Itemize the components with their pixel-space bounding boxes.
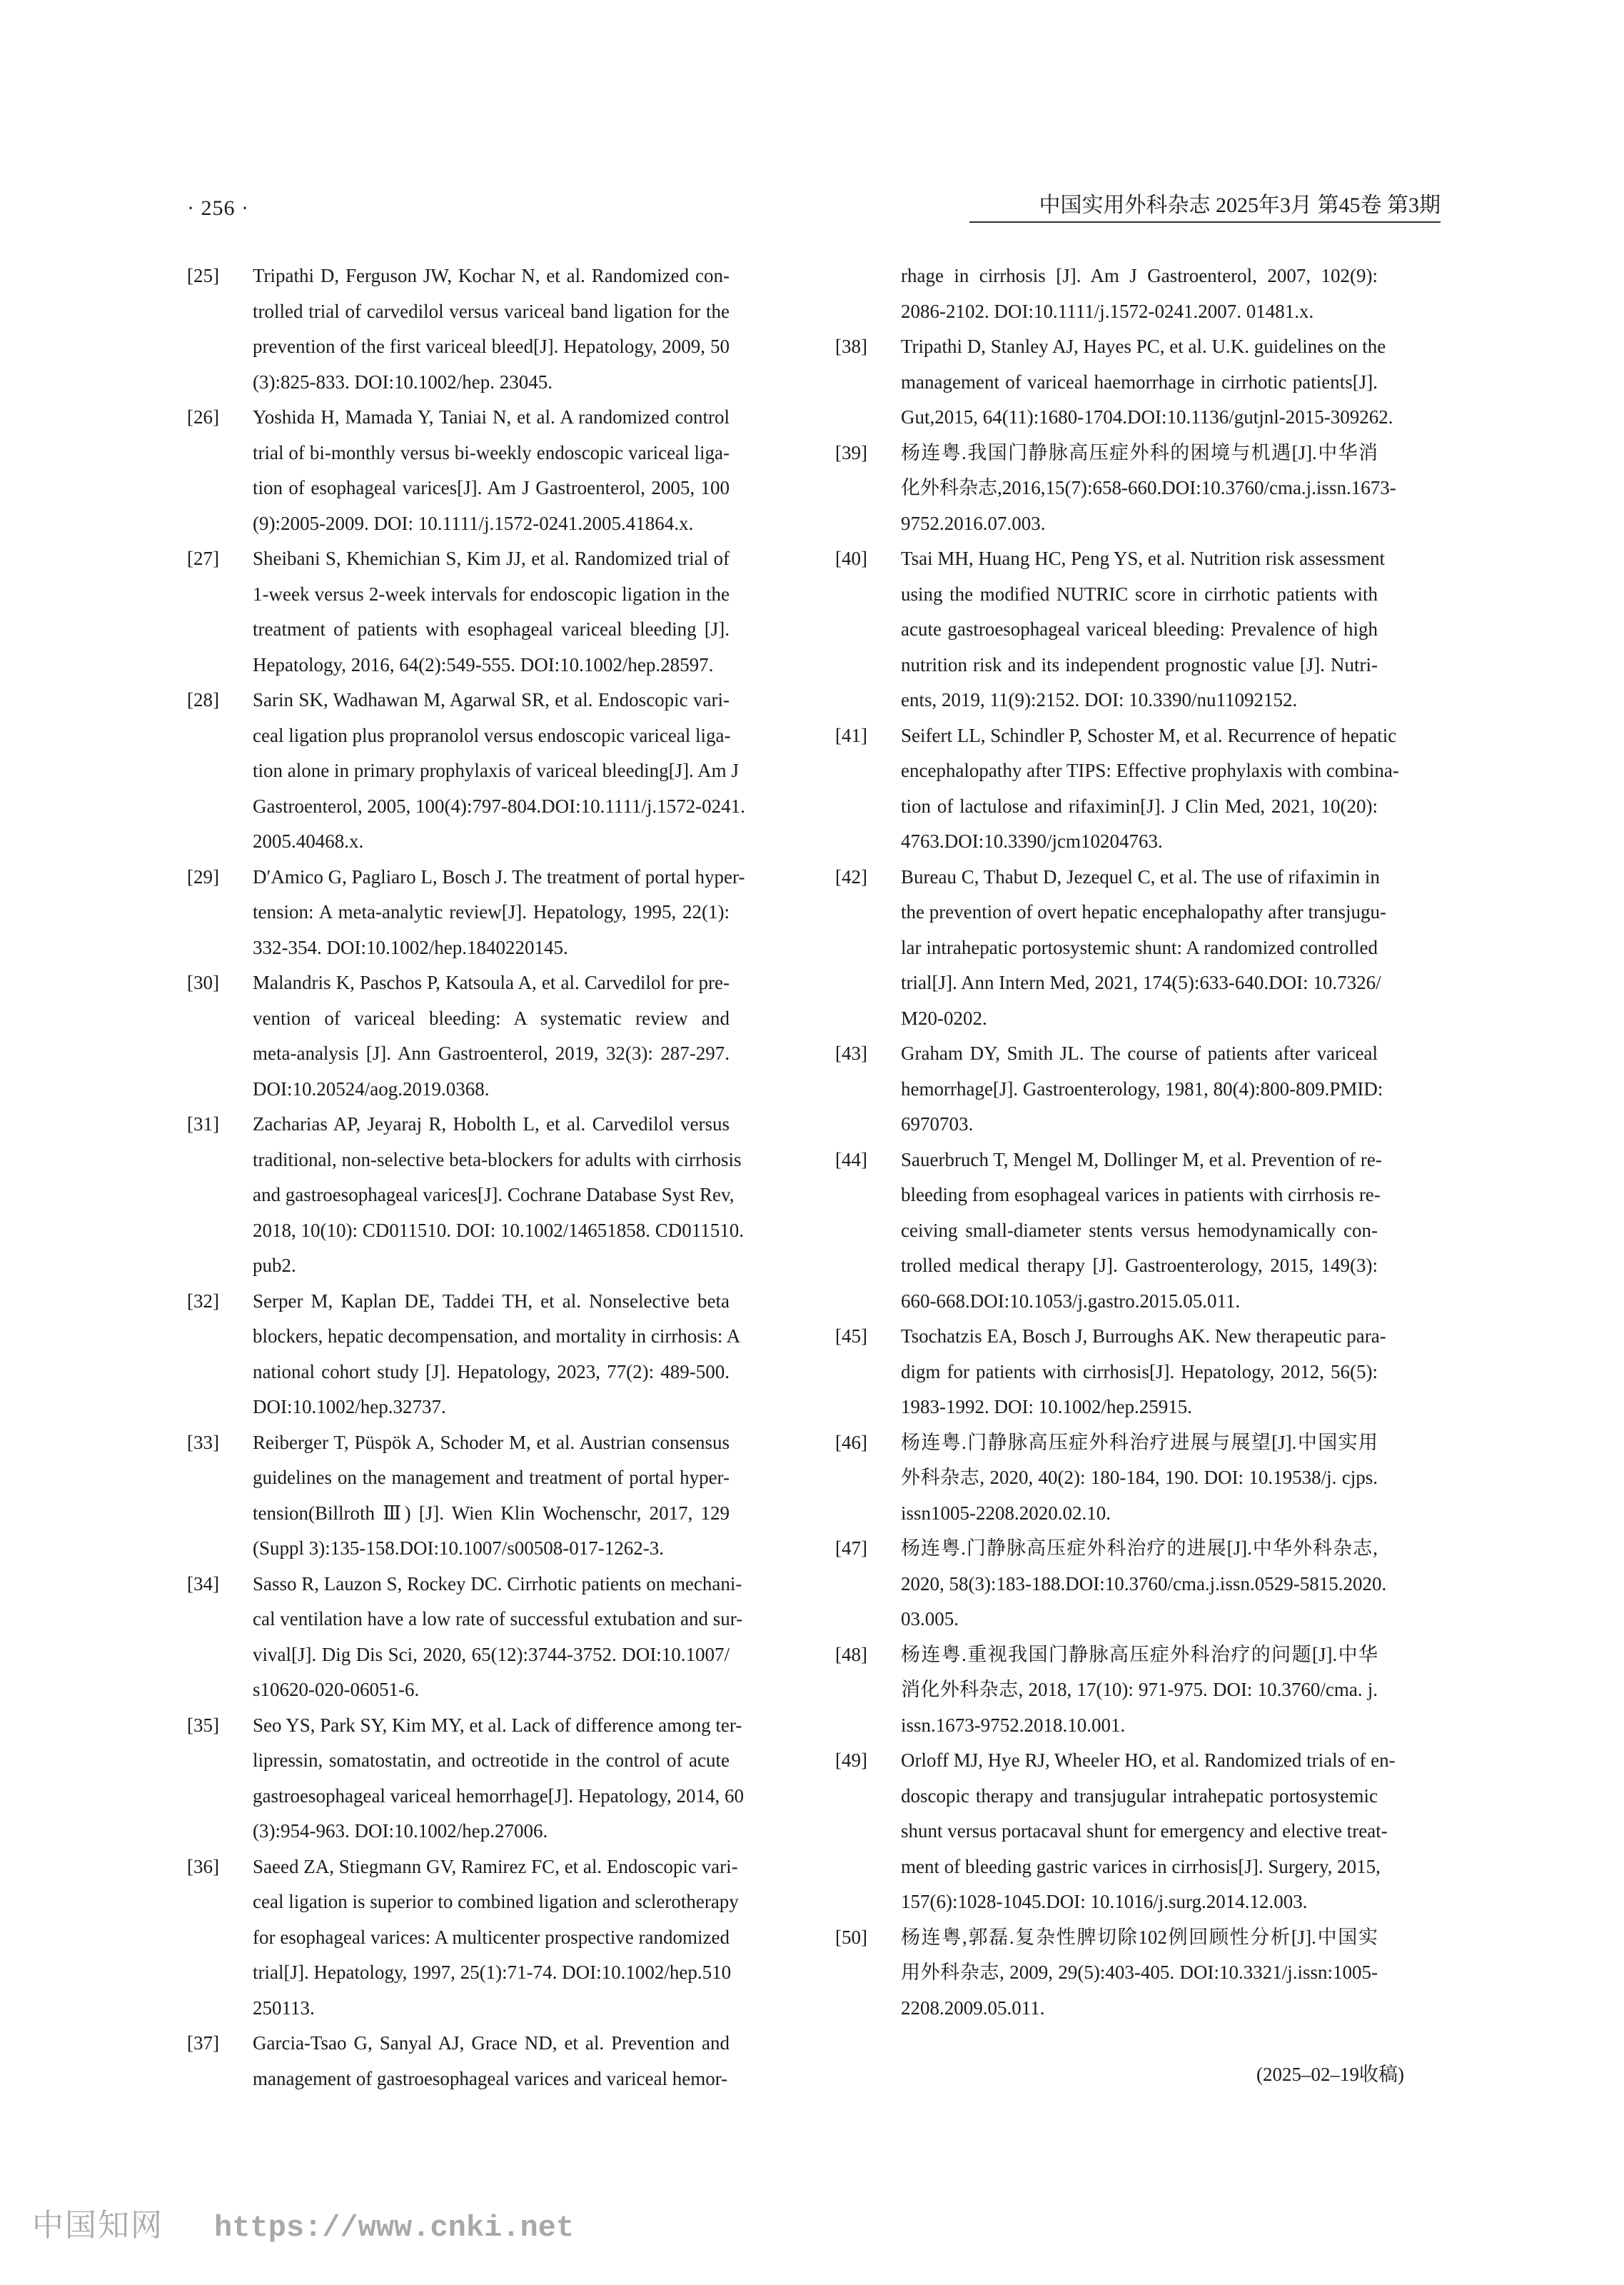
reference-text-line: 6970703. xyxy=(901,1107,1378,1142)
reference-number: [34] xyxy=(187,1567,219,1602)
reference-text-line: Gastroenterol, 2005, 100(4):797-804.DOI:… xyxy=(253,789,730,825)
reference-text-line: prevention of the first variceal bleed[J… xyxy=(253,329,730,365)
reference-entry: [34]Sasso R, Lauzon S, Rockey DC. Cirrho… xyxy=(187,1567,730,1708)
reference-text-line: ceiving small-diameter stents versus hem… xyxy=(901,1213,1378,1249)
reference-text-line: shunt versus portacaval shunt for emerge… xyxy=(901,1814,1378,1849)
reference-number: [45] xyxy=(835,1319,867,1355)
reference-text-line: (9):2005-2009. DOI: 10.1111/j.1572-0241.… xyxy=(253,506,730,542)
reference-text-line: doscopic therapy and transjugular intrah… xyxy=(901,1779,1378,1814)
reference-text-line: (3):825-833. DOI:10.1002/hep. 23045. xyxy=(253,365,730,401)
reference-number: [47] xyxy=(835,1531,867,1567)
reference-text-line: tion of lactulose and rifaximin[J]. J Cl… xyxy=(901,789,1378,825)
reference-text-line: Graham DY, Smith JL. The course of patie… xyxy=(901,1036,1378,1072)
reference-text-line: acute gastroesophageal variceal bleeding… xyxy=(901,612,1378,648)
reference-text-line: encephalopathy after TIPS: Effective pro… xyxy=(901,753,1378,789)
reference-text-line: ceal ligation plus propranolol versus en… xyxy=(253,718,730,754)
reference-entry: [45]Tsochatzis EA, Bosch J, Burroughs AK… xyxy=(835,1319,1378,1425)
reference-text-line: 杨连粤.我国门静脉高压症外科的困境与机遇[J].中华消 xyxy=(901,436,1378,471)
reference-text-line: s10620-020-06051-6. xyxy=(253,1672,730,1708)
reference-entry: [37]Garcia-Tsao G, Sanyal AJ, Grace ND, … xyxy=(187,2026,730,2096)
reference-number: [36] xyxy=(187,1849,219,1885)
reference-text-line: trolled medical therapy [J]. Gastroenter… xyxy=(901,1248,1378,1284)
reference-text-line: Malandris K, Paschos P, Katsoula A, et a… xyxy=(253,965,730,1001)
reference-entry: [41]Seifert LL, Schindler P, Schoster M,… xyxy=(835,718,1378,860)
reference-text-line: 4763.DOI:10.3390/jcm10204763. xyxy=(901,824,1378,860)
reference-entry: [27]Sheibani S, Khemichian S, Kim JJ, et… xyxy=(187,541,730,683)
reference-text-line: DOI:10.20524/aog.2019.0368. xyxy=(253,1072,730,1108)
reference-text-line: management of gastroesophageal varices a… xyxy=(253,2061,730,2097)
reference-text-line: trial of bi-monthly versus bi-weekly end… xyxy=(253,436,730,471)
reference-text-line: the prevention of overt hepatic encephal… xyxy=(901,895,1378,930)
reference-entry: [44]Sauerbruch T, Mengel M, Dollinger M,… xyxy=(835,1142,1378,1320)
reference-text-line: nutrition risk and its independent progn… xyxy=(901,648,1378,683)
reference-text-line: cal ventilation have a low rate of succe… xyxy=(253,1602,730,1637)
reference-text-line: digm for patients with cirrhosis[J]. Hep… xyxy=(901,1355,1378,1390)
reference-text-line: blockers, hepatic decompensation, and mo… xyxy=(253,1319,730,1355)
reference-text-line: (3):954-963. DOI:10.1002/hep.27006. xyxy=(253,1814,730,1849)
reference-text-line: Yoshida H, Mamada Y, Taniai N, et al. A … xyxy=(253,400,730,436)
reference-text-line: issn.1673-9752.2018.10.001. xyxy=(901,1708,1378,1744)
reference-text-line: Sarin SK, Wadhawan M, Agarwal SR, et al.… xyxy=(253,683,730,718)
reference-text-line: trial[J]. Ann Intern Med, 2021, 174(5):6… xyxy=(901,965,1378,1001)
reference-continuation-line: rhage in cirrhosis [J]. Am J Gastroenter… xyxy=(835,258,1378,294)
reference-text-line: traditional, non-selective beta-blockers… xyxy=(253,1142,730,1178)
reference-entry: [49]Orloff MJ, Hye RJ, Wheeler HO, et al… xyxy=(835,1743,1378,1920)
reference-text-line: tension: A meta-analytic review[J]. Hepa… xyxy=(253,895,730,930)
reference-text-line: trial[J]. Hepatology, 1997, 25(1):71-74.… xyxy=(253,1955,730,1991)
reference-entry: [47]杨连粤.门静脉高压症外科治疗的进展[J].中华外科杂志,2020, 58… xyxy=(835,1531,1378,1637)
reference-number: [37] xyxy=(187,2026,219,2061)
reference-number: [41] xyxy=(835,718,867,754)
reference-text-line: Bureau C, Thabut D, Jezequel C, et al. T… xyxy=(901,860,1378,895)
reference-text-line: Tripathi D, Stanley AJ, Hayes PC, et al.… xyxy=(901,329,1378,365)
reference-entry: [38]Tripathi D, Stanley AJ, Hayes PC, et… xyxy=(835,329,1378,436)
reference-text-line: ents, 2019, 11(9):2152. DOI: 10.3390/nu1… xyxy=(901,683,1378,718)
reference-number: [35] xyxy=(187,1708,219,1744)
reference-entry: [25]Tripathi D, Ferguson JW, Kochar N, e… xyxy=(187,258,730,400)
reference-number: [38] xyxy=(835,329,867,365)
reference-entry: [43]Graham DY, Smith JL. The course of p… xyxy=(835,1036,1378,1142)
reference-text-line: 2018, 10(10): CD011510. DOI: 10.1002/146… xyxy=(253,1213,730,1249)
reference-text-line: for esophageal varices: A multicenter pr… xyxy=(253,1920,730,1956)
reference-number: [25] xyxy=(187,258,219,294)
reference-text-line: 1983-1992. DOI: 10.1002/hep.25915. xyxy=(901,1390,1378,1425)
reference-entry: [29]D′Amico G, Pagliaro L, Bosch J. The … xyxy=(187,860,730,966)
reference-text-line: 250113. xyxy=(253,1991,730,2027)
reference-number: [43] xyxy=(835,1036,867,1072)
reference-number: [30] xyxy=(187,965,219,1001)
reference-text-line: meta-analysis [J]. Ann Gastroenterol, 20… xyxy=(253,1036,730,1072)
reference-text-line: tion of esophageal varices[J]. Am J Gast… xyxy=(253,471,730,506)
reference-text-line: Saeed ZA, Stiegmann GV, Ramirez FC, et a… xyxy=(253,1849,730,1885)
reference-entry: [33]Reiberger T, Püspök A, Schoder M, et… xyxy=(187,1425,730,1567)
reference-text-line: hemorrhage[J]. Gastroenterology, 1981, 8… xyxy=(901,1072,1378,1108)
reference-text-line: Sheibani S, Khemichian S, Kim JJ, et al.… xyxy=(253,541,730,577)
reference-text-line: lipressin, somatostatin, and octreotide … xyxy=(253,1743,730,1779)
reference-text-line: 化外科杂志,2016,15(7):658-660.DOI:10.3760/cma… xyxy=(901,471,1378,506)
reference-entry: [36]Saeed ZA, Stiegmann GV, Ramirez FC, … xyxy=(187,1849,730,2027)
reference-text-line: Seo YS, Park SY, Kim MY, et al. Lack of … xyxy=(253,1708,730,1744)
journal-running-header: 中国实用外科杂志 2025年3月 第45卷 第3期 xyxy=(969,191,1441,223)
reference-text-line: and gastroesophageal varices[J]. Cochran… xyxy=(253,1177,730,1213)
reference-entry: [26]Yoshida H, Mamada Y, Taniai N, et al… xyxy=(187,400,730,541)
reference-text-line: bleeding from esophageal varices in pati… xyxy=(901,1177,1378,1213)
reference-text-line: 杨连粤.门静脉高压症外科治疗的进展[J].中华外科杂志, xyxy=(901,1531,1378,1567)
reference-text-line: 03.005. xyxy=(901,1602,1378,1637)
reference-number: [49] xyxy=(835,1743,867,1779)
reference-number: [27] xyxy=(187,541,219,577)
reference-entry: [42]Bureau C, Thabut D, Jezequel C, et a… xyxy=(835,860,1378,1037)
reference-text-line: tion alone in primary prophylaxis of var… xyxy=(253,753,730,789)
reference-entry: [32]Serper M, Kaplan DE, Taddei TH, et a… xyxy=(187,1284,730,1425)
received-date: (2025–02–19收稿) xyxy=(1256,2060,1404,2089)
reference-text-line: 2208.2009.05.011. xyxy=(901,1991,1378,2027)
reference-text-line: using the modified NUTRIC score in cirrh… xyxy=(901,577,1378,613)
reference-text-line: vention of variceal bleeding: A systemat… xyxy=(253,1001,730,1037)
reference-text-line: 杨连粤,郭磊.复杂性脾切除102例回顾性分析[J].中国实 xyxy=(901,1920,1378,1956)
reference-text-line: 外科杂志, 2020, 40(2): 180-184, 190. DOI: 10… xyxy=(901,1460,1378,1496)
reference-number: [44] xyxy=(835,1142,867,1178)
reference-text-line: gastroesophageal variceal hemorrhage[J].… xyxy=(253,1779,730,1814)
reference-number: [32] xyxy=(187,1284,219,1320)
reference-text-line: Hepatology, 2016, 64(2):549-555. DOI:10.… xyxy=(253,648,730,683)
reference-number: [48] xyxy=(835,1637,867,1673)
reference-text-line: DOI:10.1002/hep.32737. xyxy=(253,1390,730,1425)
reference-text-line: pub2. xyxy=(253,1248,730,1284)
reference-text-line: M20-0202. xyxy=(901,1001,1378,1037)
watermark-url: https://www.cnki.net xyxy=(214,2211,574,2245)
reference-entry: [40]Tsai MH, Huang HC, Peng YS, et al. N… xyxy=(835,541,1378,718)
reference-number: [50] xyxy=(835,1920,867,1956)
reference-text-line: 157(6):1028-1045.DOI: 10.1016/j.surg.201… xyxy=(901,1884,1378,1920)
reference-text-line: Sasso R, Lauzon S, Rockey DC. Cirrhotic … xyxy=(253,1567,730,1602)
reference-entry: [39]杨连粤.我国门静脉高压症外科的困境与机遇[J].中华消化外科杂志,201… xyxy=(835,436,1378,542)
reference-text-line: treatment of patients with esophageal va… xyxy=(253,612,730,648)
reference-number: [46] xyxy=(835,1425,867,1461)
reference-text-line: Garcia-Tsao G, Sanyal AJ, Grace ND, et a… xyxy=(253,2026,730,2061)
reference-text-line: 杨连粤.重视我国门静脉高压症外科治疗的问题[J].中华 xyxy=(901,1637,1378,1673)
reference-text-line: Tsai MH, Huang HC, Peng YS, et al. Nutri… xyxy=(901,541,1378,577)
reference-text-line: Seifert LL, Schindler P, Schoster M, et … xyxy=(901,718,1378,754)
reference-entry: [35]Seo YS, Park SY, Kim MY, et al. Lack… xyxy=(187,1708,730,1849)
reference-text-line: Tripathi D, Ferguson JW, Kochar N, et al… xyxy=(253,258,730,294)
reference-text-line: guidelines on the management and treatme… xyxy=(253,1460,730,1496)
reference-text-line: issn1005-2208.2020.02.10. xyxy=(901,1496,1378,1532)
reference-text-line: Sauerbruch T, Mengel M, Dollinger M, et … xyxy=(901,1142,1378,1178)
right-reference-column: rhage in cirrhosis [J]. Am J Gastroenter… xyxy=(835,258,1378,2026)
reference-text-line: D′Amico G, Pagliaro L, Bosch J. The trea… xyxy=(253,860,730,895)
reference-number: [39] xyxy=(835,436,867,471)
reference-text-line: 332-354. DOI:10.1002/hep.1840220145. xyxy=(253,930,730,966)
reference-text-line: 消化外科杂志, 2018, 17(10): 971-975. DOI: 10.3… xyxy=(901,1672,1378,1708)
reference-number: [26] xyxy=(187,400,219,436)
reference-text-line: lar intrahepatic portosystemic shunt: A … xyxy=(901,930,1378,966)
reference-text-line: Zacharias AP, Jeyaraj R, Hobolth L, et a… xyxy=(253,1107,730,1142)
reference-text-line: Reiberger T, Püspök A, Schoder M, et al.… xyxy=(253,1425,730,1461)
left-reference-column: [25]Tripathi D, Ferguson JW, Kochar N, e… xyxy=(187,258,730,2096)
reference-entry: [46]杨连粤.门静脉高压症外科治疗进展与展望[J].中国实用外科杂志, 202… xyxy=(835,1425,1378,1532)
reference-text-line: trolled trial of carvedilol versus varic… xyxy=(253,294,730,330)
reference-text-line: ment of bleeding gastric varices in cirr… xyxy=(901,1849,1378,1885)
reference-number: [40] xyxy=(835,541,867,577)
reference-entry: [30]Malandris K, Paschos P, Katsoula A, … xyxy=(187,965,730,1107)
reference-number: [29] xyxy=(187,860,219,895)
reference-number: [28] xyxy=(187,683,219,718)
reference-text-line: Serper M, Kaplan DE, Taddei TH, et al. N… xyxy=(253,1284,730,1320)
reference-entry: [31]Zacharias AP, Jeyaraj R, Hobolth L, … xyxy=(187,1107,730,1284)
reference-text-line: tension(Billroth Ⅲ) [J]. Wien Klin Woche… xyxy=(253,1496,730,1532)
reference-number: [31] xyxy=(187,1107,219,1142)
reference-text-line: 660-668.DOI:10.1053/j.gastro.2015.05.011… xyxy=(901,1284,1378,1320)
reference-text-line: 2005.40468.x. xyxy=(253,824,730,860)
reference-entry: [28]Sarin SK, Wadhawan M, Agarwal SR, et… xyxy=(187,683,730,860)
reference-text-line: Gut,2015, 64(11):1680-1704.DOI:10.1136/g… xyxy=(901,400,1378,436)
reference-text-line: national cohort study [J]. Hepatology, 2… xyxy=(253,1355,730,1390)
reference-entry: [50]杨连粤,郭磊.复杂性脾切除102例回顾性分析[J].中国实用外科杂志, … xyxy=(835,1920,1378,2027)
reference-text-line: 9752.2016.07.003. xyxy=(901,506,1378,542)
page-number: · 256 · xyxy=(187,194,249,223)
reference-text-line: Orloff MJ, Hye RJ, Wheeler HO, et al. Ra… xyxy=(901,1743,1378,1779)
reference-text-line: 2020, 58(3):183-188.DOI:10.3760/cma.j.is… xyxy=(901,1567,1378,1602)
watermark-site-name: 中国知网 xyxy=(32,2208,163,2243)
reference-text-line: ceal ligation is superior to combined li… xyxy=(253,1884,730,1920)
reference-text-line: 杨连粤.门静脉高压症外科治疗进展与展望[J].中国实用 xyxy=(901,1425,1378,1461)
reference-text-line: (Suppl 3):135-158.DOI:10.1007/s00508-017… xyxy=(253,1531,730,1567)
reference-text-line: 用外科杂志, 2009, 29(5):403-405. DOI:10.3321/… xyxy=(901,1955,1378,1991)
reference-text-line: 1-week versus 2-week intervals for endos… xyxy=(253,577,730,613)
reference-text-line: management of variceal haemorrhage in ci… xyxy=(901,365,1378,401)
reference-number: [33] xyxy=(187,1425,219,1461)
reference-text-line: vival[J]. Dig Dis Sci, 2020, 65(12):3744… xyxy=(253,1637,730,1673)
cnki-watermark: 中国知网 https://www.cnki.net xyxy=(32,2199,574,2245)
reference-number: [42] xyxy=(835,860,867,895)
reference-text-line: Tsochatzis EA, Bosch J, Burroughs AK. Ne… xyxy=(901,1319,1378,1355)
reference-continuation-line: 2086-2102. DOI:10.1111/j.1572-0241.2007.… xyxy=(835,294,1378,330)
reference-entry: [48]杨连粤.重视我国门静脉高压症外科治疗的问题[J].中华消化外科杂志, 2… xyxy=(835,1637,1378,1744)
